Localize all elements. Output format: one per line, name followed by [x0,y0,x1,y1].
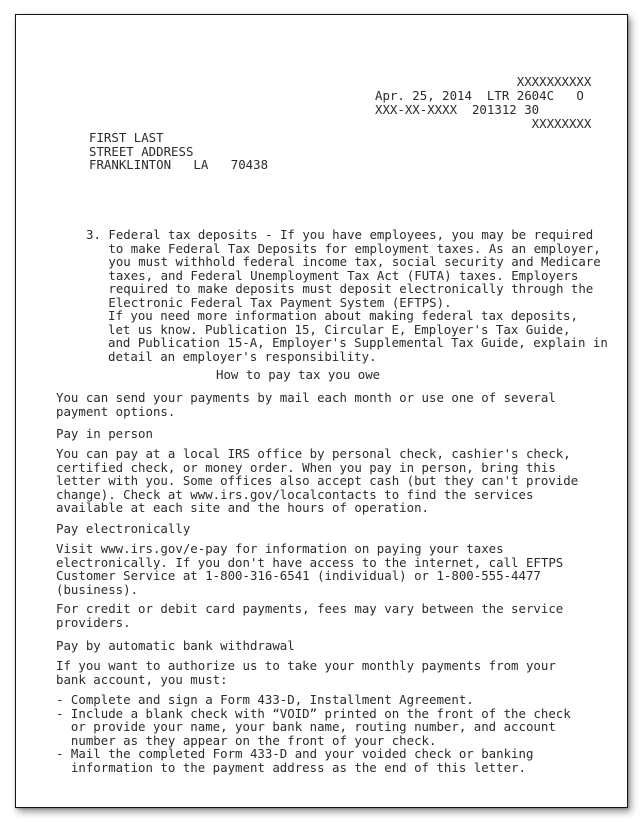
paragraph-payment-options: You can send your payments by mail each … [56,391,556,418]
paragraph-federal-tax-deposits: 3. Federal tax deposits - If you have em… [86,228,601,310]
letter-page: XXXXXXXXXX Apr. 25, 2014 LTR 2604C O XXX… [15,14,628,808]
letter-header-block: XXXXXXXXXX Apr. 25, 2014 LTR 2604C O XXX… [375,75,591,131]
paragraph-pay-in-person: You can pay at a local IRS office by per… [56,447,578,515]
subheading-bank-withdrawal: Pay by automatic bank withdrawal [56,639,295,653]
paragraph-pay-electronically: Visit www.irs.gov/e-pay for information … [56,542,563,596]
paragraph-card-fees: For credit or debit card payments, fees … [56,602,563,629]
subheading-pay-electronically: Pay electronically [56,522,190,536]
section-heading-how-to-pay: How to pay tax you owe [216,368,380,382]
list-bank-withdrawal-steps: - Complete and sign a Form 433-D, Instal… [56,693,571,775]
paragraph-more-information: If you need more information about makin… [108,309,608,363]
letter-scan: XXXXXXXXXX Apr. 25, 2014 LTR 2604C O XXX… [0,0,642,822]
paragraph-bank-withdrawal-intro: If you want to authorize us to take your… [56,659,556,686]
recipient-address-block: FIRST LAST STREET ADDRESS FRANKLINTON LA… [89,131,268,172]
subheading-pay-in-person: Pay in person [56,427,153,441]
